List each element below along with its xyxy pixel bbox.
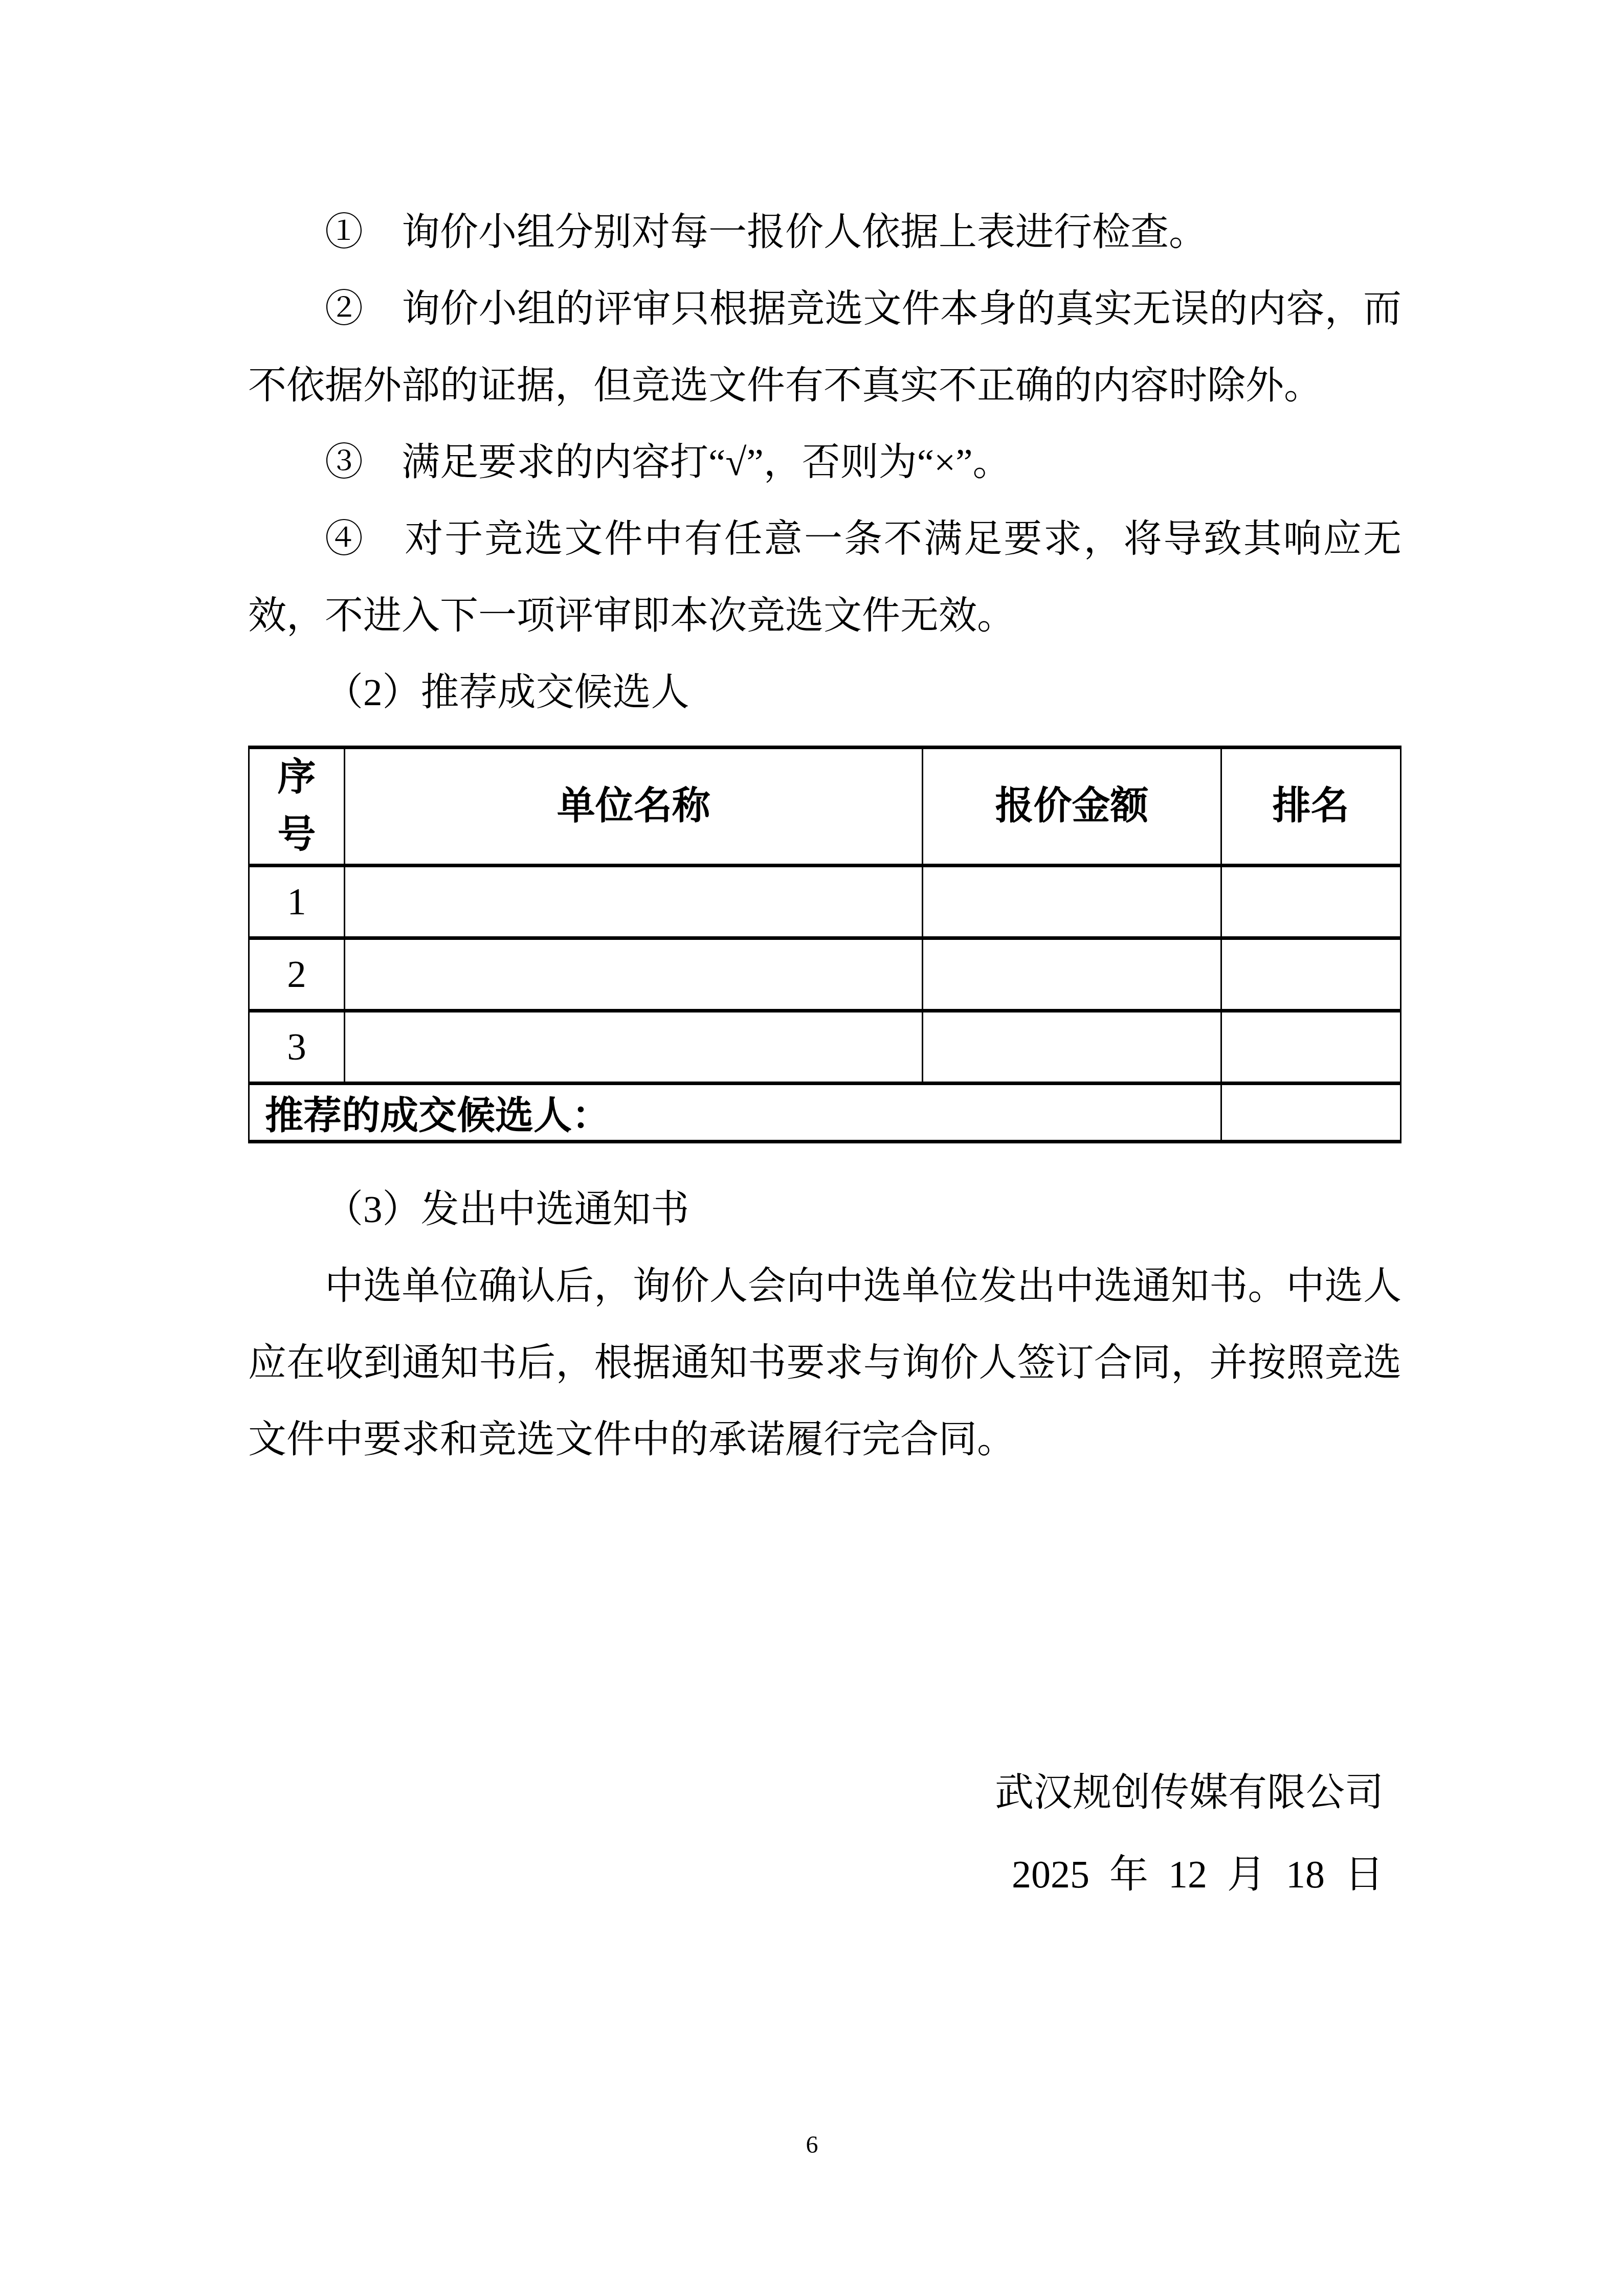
cell-index-3: 3	[249, 1011, 345, 1084]
cell-company-1	[344, 866, 923, 938]
header-cell-price: 报价金额	[923, 748, 1221, 866]
signature-block: 武汉规创传媒有限公司 2025 年 12 月 18 日	[248, 1752, 1401, 1916]
cell-price-2	[923, 938, 1221, 1011]
cell-index-1: 1	[249, 866, 345, 938]
signature-date: 2025 年 12 月 18 日	[248, 1834, 1384, 1916]
header-cell-index: 序号	[249, 748, 345, 866]
cell-rank-1	[1221, 866, 1400, 938]
section3-paragraph: 中选单位确认后，询价人会向中选单位发出中选通知书。中选人应在收到通知书后，根据通…	[248, 1248, 1401, 1478]
header-cell-rank: 排名	[1221, 748, 1400, 866]
candidates-table: 序号 单位名称 报价金额 排名 1 2	[248, 746, 1401, 1143]
cell-rank-3	[1221, 1011, 1400, 1084]
note-paragraph-2: ② 询价小组的评审只根据竞选文件本身的真实无误的内容，而不依据外部的证据，但竞选…	[248, 271, 1401, 424]
table-row: 3	[249, 1011, 1401, 1084]
table-header-row: 序号 单位名称 报价金额 排名	[249, 748, 1401, 866]
cell-company-2	[344, 938, 923, 1011]
cell-price-1	[923, 866, 1221, 938]
table-row: 1	[249, 866, 1401, 938]
table-footer-row: 推荐的成交候选人：	[249, 1084, 1401, 1142]
table-row: 2	[249, 938, 1401, 1011]
page-number: 6	[0, 2130, 1624, 2160]
cell-rank-2	[1221, 938, 1400, 1011]
note-paragraph-1: ① 询价小组分别对每一报价人依据上表进行检查。	[248, 194, 1401, 271]
section3-heading: （3）发出中选通知书	[248, 1172, 1401, 1248]
cell-company-3	[344, 1011, 923, 1084]
note-paragraph-3: ③ 满足要求的内容打“√”，否则为“×”。	[248, 424, 1401, 501]
recommended-candidate-label: 推荐的成交候选人：	[249, 1084, 1221, 1142]
document-page: ① 询价小组分别对每一报价人依据上表进行检查。 ② 询价小组的评审只根据竞选文件…	[0, 0, 1624, 2296]
note-paragraph-4: ④ 对于竞选文件中有任意一条不满足要求，将导致其响应无效，不进入下一项评审即本次…	[248, 501, 1401, 655]
recommended-candidate-rank-cell	[1221, 1084, 1400, 1142]
section2-heading: （2）推荐成交候选人	[248, 655, 1401, 731]
signature-company: 武汉规创传媒有限公司	[248, 1752, 1384, 1834]
header-cell-company: 单位名称	[344, 748, 923, 866]
page-content: ① 询价小组分别对每一报价人依据上表进行检查。 ② 询价小组的评审只根据竞选文件…	[248, 0, 1401, 1916]
cell-price-3	[923, 1011, 1221, 1084]
cell-index-2: 2	[249, 938, 345, 1011]
